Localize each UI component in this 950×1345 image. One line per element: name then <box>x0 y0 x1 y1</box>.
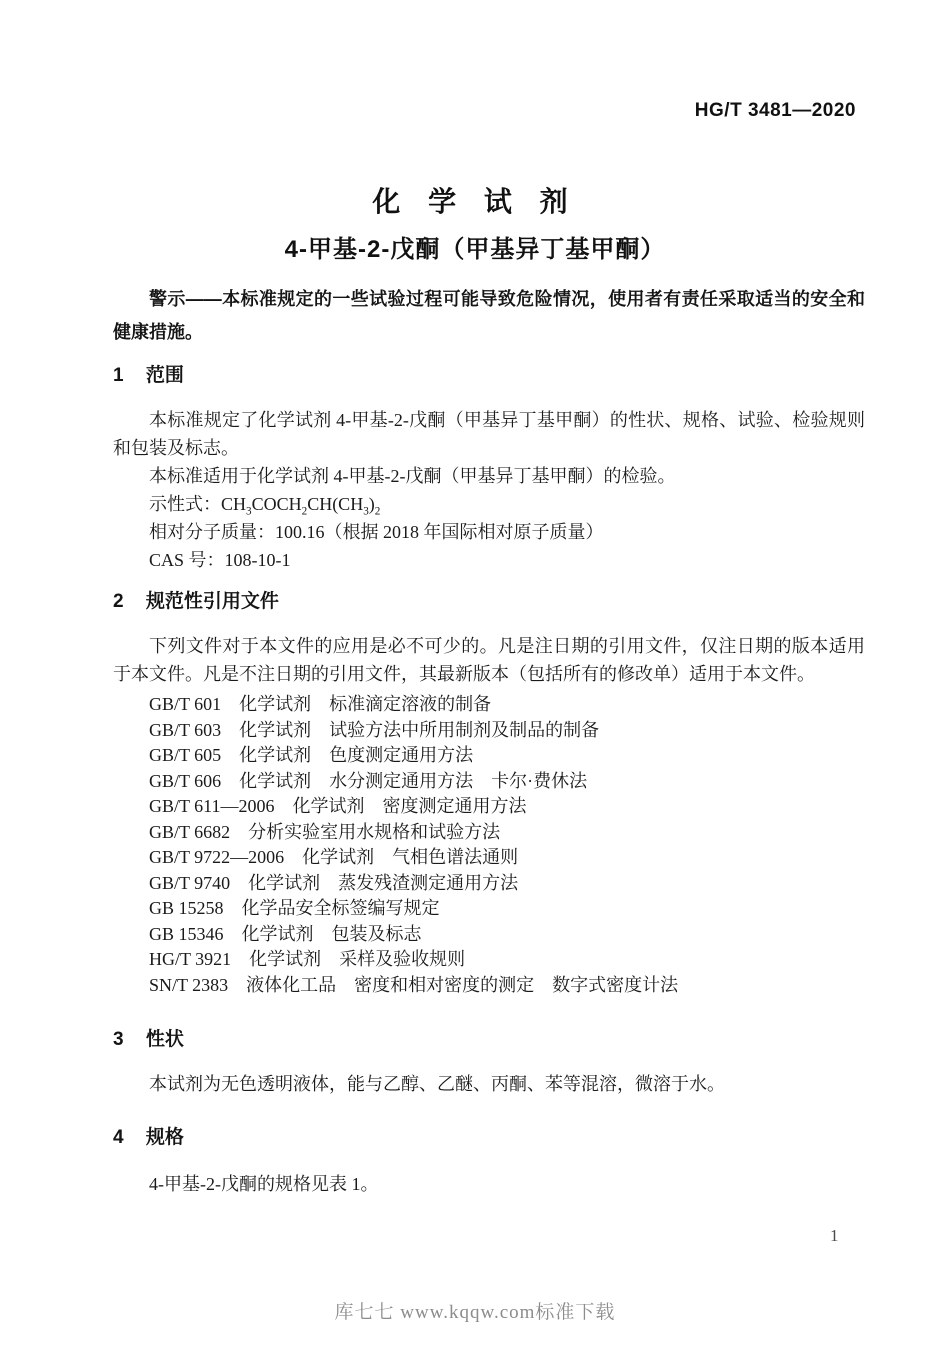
properties-paragraph: 本试剂为无色透明液体，能与乙醇、乙醚、丙酮、苯等混溶，微溶于水。 <box>113 1070 865 1098</box>
chemical-formula: CH3COCH2CH(CH3)2 <box>221 494 380 514</box>
document-title: 化 学 试 剂 <box>0 180 950 220</box>
reference-item: GB/T 606 化学试剂 水分测定通用方法 卡尔·费休法 <box>113 769 865 795</box>
section-number: 3 <box>113 1029 124 1051</box>
section-specs-heading: 4 规格 <box>113 1122 184 1149</box>
standard-code: HG/T 3481—2020 <box>695 100 856 122</box>
scope-paragraph-1: 本标准规定了化学试剂 4-甲基-2-戊酮（甲基异丁基甲酮）的性状、规格、试验、检… <box>113 406 865 462</box>
references-list: GB/T 601 化学试剂 标准滴定溶液的制备GB/T 603 化学试剂 试验方… <box>113 692 865 998</box>
section-scope-heading: 1 范围 <box>113 360 184 387</box>
document-page: HG/T 3481—2020 化 学 试 剂 4-甲基-2-戊酮（甲基异丁基甲酮… <box>0 0 950 1345</box>
section-title: 性状 <box>146 1024 184 1051</box>
footer-watermark: 库七七 www.kqqw.com标准下载 <box>0 1297 950 1324</box>
molar-mass-line: 相对分子质量：100.16（根据 2018 年国际相对原子质量） <box>113 518 865 546</box>
section-number: 4 <box>113 1127 124 1149</box>
reference-item: GB/T 9722—2006 化学试剂 气相色谱法通则 <box>113 845 865 871</box>
warning-text: 警示——本标准规定的一些试验过程可能导致危险情况，使用者有责任采取适当的安全和健… <box>113 283 865 349</box>
reference-item: GB/T 611—2006 化学试剂 密度测定通用方法 <box>113 794 865 820</box>
section-properties-body: 本试剂为无色透明液体，能与乙醇、乙醚、丙酮、苯等混溶，微溶于水。 <box>113 1070 865 1098</box>
section-title: 规格 <box>146 1122 184 1149</box>
reference-item: GB 15346 化学试剂 包装及标志 <box>113 922 865 948</box>
reference-item: GB/T 603 化学试剂 试验方法中所用制剂及制品的制备 <box>113 718 865 744</box>
reference-item: GB/T 601 化学试剂 标准滴定溶液的制备 <box>113 692 865 718</box>
document-subtitle: 4-甲基-2-戊酮（甲基异丁基甲酮） <box>0 229 950 264</box>
formula-line: 示性式：CH3COCH2CH(CH3)2 <box>113 490 865 518</box>
section-specs-body: 4-甲基-2-戊酮的规格见表 1。 <box>113 1170 865 1198</box>
reference-item: GB/T 6682 分析实验室用水规格和试验方法 <box>113 820 865 846</box>
scope-paragraph-2: 本标准适用于化学试剂 4-甲基-2-戊酮（甲基异丁基甲酮）的检验。 <box>113 462 865 490</box>
section-number: 2 <box>113 591 124 613</box>
reference-item: HG/T 3921 化学试剂 采样及验收规则 <box>113 947 865 973</box>
section-number: 1 <box>113 365 124 387</box>
reference-item: GB/T 9740 化学试剂 蒸发残渣测定通用方法 <box>113 871 865 897</box>
specs-paragraph: 4-甲基-2-戊酮的规格见表 1。 <box>113 1170 865 1198</box>
section-references-body: 下列文件对于本文件的应用是必不可少的。凡是注日期的引用文件，仅注日期的版本适用于… <box>113 632 865 998</box>
section-scope-body: 本标准规定了化学试剂 4-甲基-2-戊酮（甲基异丁基甲酮）的性状、规格、试验、检… <box>113 406 865 574</box>
reference-item: GB 15258 化学品安全标签编写规定 <box>113 896 865 922</box>
section-properties-heading: 3 性状 <box>113 1024 184 1051</box>
cas-number-line: CAS 号：108-10-1 <box>113 546 865 574</box>
section-title: 范围 <box>146 360 184 387</box>
formula-label: 示性式： <box>149 494 221 514</box>
title-block: 化 学 试 剂 4-甲基-2-戊酮（甲基异丁基甲酮） <box>0 180 950 264</box>
references-intro: 下列文件对于本文件的应用是必不可少的。凡是注日期的引用文件，仅注日期的版本适用于… <box>113 632 865 688</box>
page-number: 1 <box>830 1226 839 1246</box>
reference-item: GB/T 605 化学试剂 色度测定通用方法 <box>113 743 865 769</box>
reference-item: SN/T 2383 液体化工品 密度和相对密度的测定 数字式密度计法 <box>113 973 865 999</box>
section-title: 规范性引用文件 <box>146 586 279 613</box>
section-references-heading: 2 规范性引用文件 <box>113 586 279 613</box>
